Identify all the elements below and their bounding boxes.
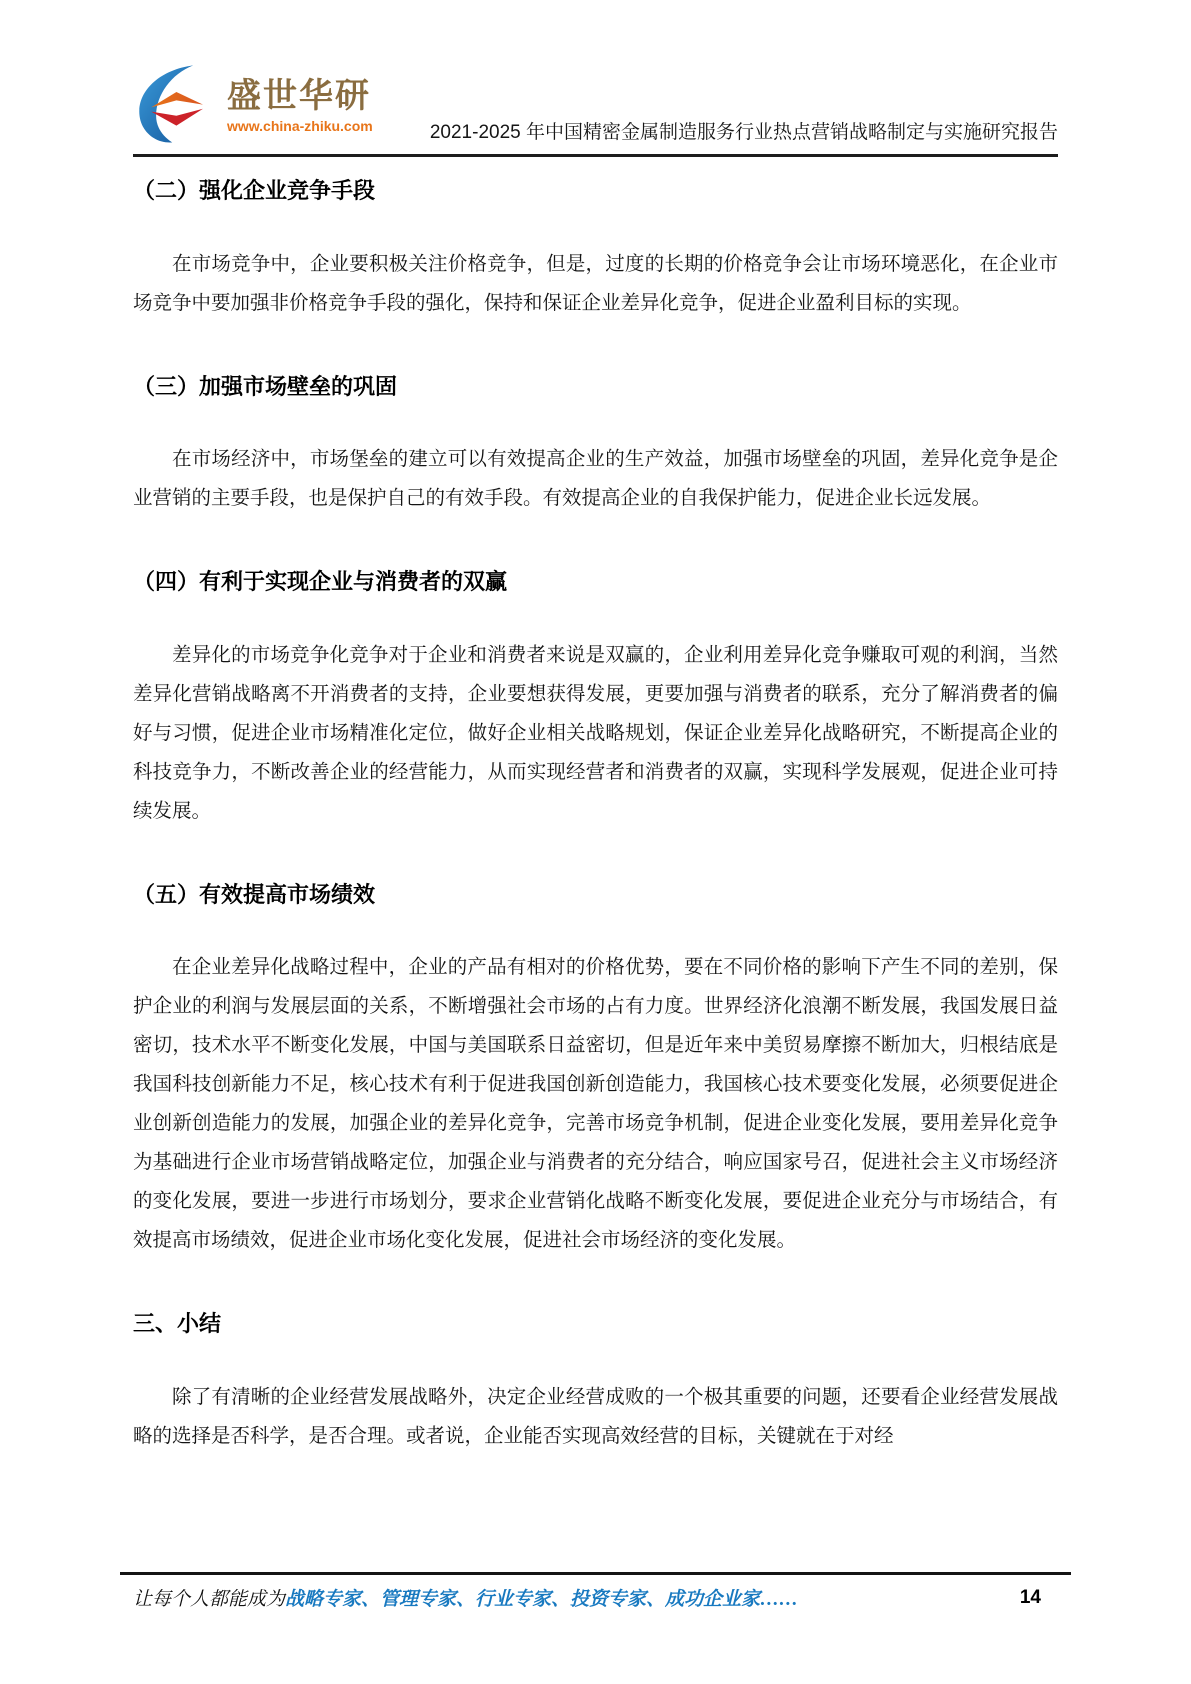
- report-page: 盛世华研 www.china-zhiku.com 2021-2025 年中国精密…: [0, 0, 1191, 1684]
- section-heading-3: （三）加强市场壁垒的巩固: [133, 373, 1058, 401]
- report-title: 2021-2025 年中国精密金属制造服务行业热点营销战略制定与实施研究报告: [430, 117, 1058, 148]
- footer-slogan: 让每个人都能成为战略专家、管理专家、行业专家、投资专家、成功企业家……: [120, 1587, 798, 1614]
- logo-website: www.china-zhiku.com: [227, 119, 373, 133]
- page-header: 盛世华研 www.china-zhiku.com 2021-2025 年中国精密…: [133, 64, 1058, 157]
- page-footer: 让每个人都能成为战略专家、管理专家、行业专家、投资专家、成功企业家…… 14: [120, 1572, 1071, 1614]
- company-logo: 盛世华研 www.china-zhiku.com: [133, 64, 373, 148]
- section-paragraph-4: 差异化的市场竞争化竞争对于企业和消费者来说是双赢的，企业利用差异化竞争赚取可观的…: [133, 636, 1058, 831]
- section-heading-summary: 三、小结: [133, 1310, 1058, 1338]
- logo-book-swoosh-icon: [133, 64, 217, 148]
- logo-text: 盛世华研 www.china-zhiku.com: [227, 79, 373, 133]
- page-number: 14: [1020, 1587, 1071, 1609]
- footer-slogan-highlight: 战略专家、管理专家、行业专家、投资专家、成功企业家……: [285, 1589, 798, 1610]
- section-paragraph-3: 在市场经济中，市场堡垒的建立可以有效提高企业的生产效益，加强市场壁垒的巩固，差异…: [133, 440, 1058, 518]
- section-heading-2: （二）强化企业竞争手段: [133, 177, 1058, 205]
- section-paragraph-5: 在企业差异化战略过程中，企业的产品有相对的价格优势，要在不同价格的影响下产生不同…: [133, 948, 1058, 1260]
- section-heading-5: （五）有效提高市场绩效: [133, 881, 1058, 909]
- section-paragraph-summary: 除了有清晰的企业经营发展战略外，决定企业经营成败的一个极其重要的问题，还要看企业…: [133, 1378, 1058, 1456]
- footer-slogan-prefix: 让每个人都能成为: [133, 1589, 285, 1610]
- logo-company-name: 盛世华研: [227, 79, 373, 113]
- section-heading-4: （四）有利于实现企业与消费者的双赢: [133, 568, 1058, 596]
- section-paragraph-2: 在市场竞争中，企业要积极关注价格竞争，但是，过度的长期的价格竞争会让市场环境恶化…: [133, 245, 1058, 323]
